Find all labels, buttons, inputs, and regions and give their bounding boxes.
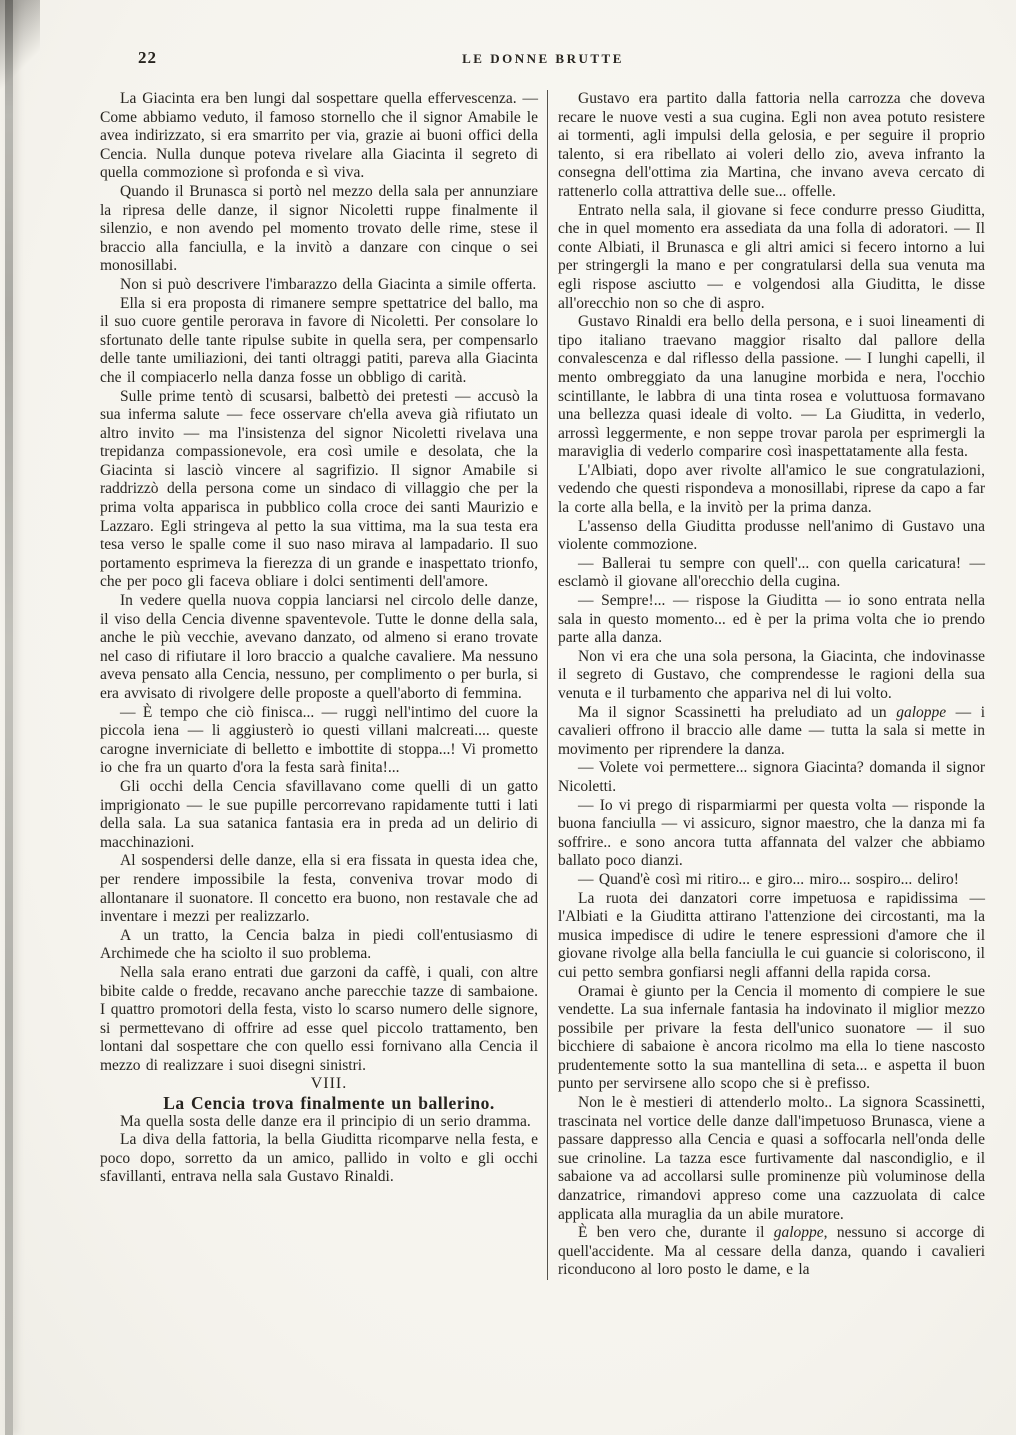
- paragraph: — È tempo che ciò finisca... — ruggì nel…: [100, 704, 538, 778]
- paragraph: Gustavo era partito dalla fattoria nella…: [558, 90, 985, 202]
- paragraph: L'assenso della Giuditta produsse nell'a…: [558, 518, 985, 555]
- scan-binding-edge: [5, 0, 13, 1435]
- paragraph: Non si può descrivere l'imbarazzo della …: [100, 276, 538, 295]
- paragraph: La Giacinta era ben lungi dal sospettare…: [100, 90, 538, 183]
- running-title: LE DONNE BRUTTE: [100, 51, 986, 67]
- paragraph: Non le è mestieri di attenderlo molto.. …: [558, 1094, 985, 1224]
- paragraph: Entrato nella sala, il giovane si fece c…: [558, 202, 985, 314]
- paragraph: Al sospendersi delle danze, ella si era …: [100, 852, 538, 926]
- paragraph: Ma il signor Scassinetti ha preludiato a…: [558, 704, 985, 760]
- paragraph: Oramai è giunto per la Cencia il momento…: [558, 983, 985, 1095]
- book-page: 22 LE DONNE BRUTTE La Giacinta era ben l…: [100, 48, 986, 1280]
- chapter-numeral: VIII.: [100, 1075, 538, 1094]
- two-column-text-block: La Giacinta era ben lungi dal sospettare…: [100, 90, 986, 1280]
- paragraph: Sulle prime tentò di scusarsi, balbettò …: [100, 388, 538, 593]
- paragraph: — Ballerai tu sempre con quell'... con q…: [558, 555, 985, 592]
- paragraph: — Quand'è così mi ritiro... e giro... mi…: [558, 871, 985, 890]
- paragraph: — Volete voi permettere... signora Giaci…: [558, 759, 985, 796]
- paragraph: Ella si era proposta di rimanere sempre …: [100, 295, 538, 388]
- paragraph: A un tratto, la Cencia balza in piedi co…: [100, 927, 538, 964]
- paragraph: Nella sala erano entrati due garzoni da …: [100, 964, 538, 1076]
- paragraph: La diva della fattoria, la bella Giuditt…: [100, 1131, 538, 1187]
- scan-corner-smudge: [0, 0, 40, 90]
- paragraph: In vedere quella nuova coppia lanciarsi …: [100, 592, 538, 704]
- paragraph: Gustavo Rinaldi era bello della persona,…: [558, 313, 985, 462]
- paragraph: È ben vero che, durante il galoppe, ness…: [558, 1224, 985, 1280]
- right-column: Gustavo era partito dalla fattoria nella…: [548, 90, 985, 1280]
- chapter-title: La Cencia trova finalmente un ballerino.: [100, 1094, 538, 1113]
- paragraph: Non vi era che una sola persona, la Giac…: [558, 648, 985, 704]
- paragraph: Gli occhi della Cencia sfavillavano come…: [100, 778, 538, 852]
- page-header: 22 LE DONNE BRUTTE: [100, 48, 986, 78]
- paragraph: L'Albiati, dopo aver rivolte all'amico l…: [558, 462, 985, 518]
- paragraph: La ruota dei danzatori corre impetuosa e…: [558, 890, 985, 983]
- paragraph: Quando il Brunasca si portò nel mezzo de…: [100, 183, 538, 276]
- chapter-heading: VIII. La Cencia trova finalmente un ball…: [100, 1075, 538, 1112]
- left-column: La Giacinta era ben lungi dal sospettare…: [100, 90, 547, 1280]
- paragraph: — Io vi prego di risparmiarmi per questa…: [558, 797, 985, 871]
- paragraph: — Sempre!... — rispose la Giuditta — io …: [558, 592, 985, 648]
- paragraph: Ma quella sosta delle danze era il princ…: [100, 1113, 538, 1132]
